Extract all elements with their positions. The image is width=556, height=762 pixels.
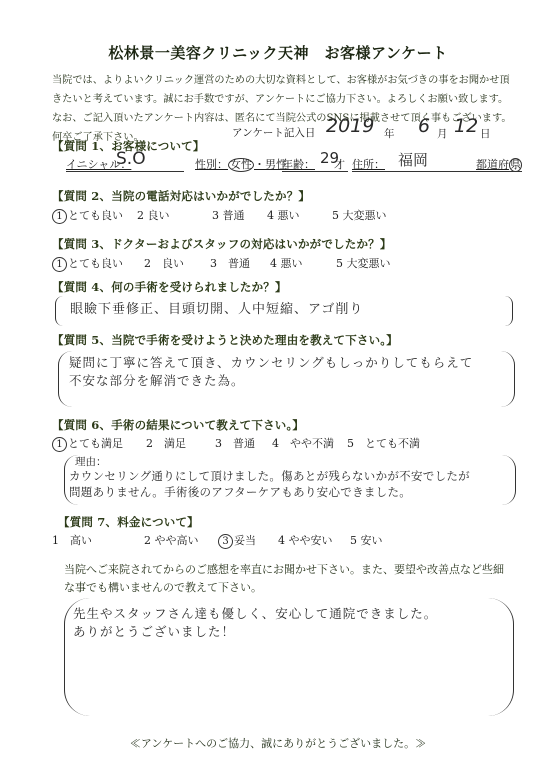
q3-options: 1とても良い 2 良い 3 普通 4 悪い 5 大変悪い [52, 255, 522, 273]
age-unit: 才 [334, 156, 345, 172]
q7-heading: 【質問 7、料金について】 [58, 514, 199, 530]
date-month-unit: 月 [437, 126, 448, 141]
date-month-value[interactable]: 6 [418, 115, 430, 137]
comments-line-2: ありがとうございました！ [73, 622, 235, 641]
gender-label: 性別： [195, 158, 228, 171]
q3-option-3[interactable]: 3 普通 [210, 255, 250, 271]
q5-heading: 【質問 5、当院で手術を受けようと決めた理由を教えて下さい。】 [52, 332, 398, 348]
q6-reason-line-2: 問題ありません。手術後のアフターケアもあり安心できました。 [69, 483, 411, 502]
q7-option-2[interactable]: 2 やや高い [144, 532, 199, 548]
q3-option-1-label: とても良い [68, 257, 123, 270]
q7-option-5[interactable]: 5 安い [350, 532, 383, 548]
q6-option-5[interactable]: 5 とても不満 [347, 435, 420, 451]
age-label: 年齢： [282, 156, 315, 172]
date-year-value[interactable]: 2019 [326, 115, 374, 137]
q7-options: 1 高い 2 やや高い 3妥当 4 やや安い 5 安い [52, 532, 522, 550]
q6-option-1[interactable]: 1とても満足 [52, 435, 123, 452]
q2-heading: 【質問 2、当院の電話対応はいかがでしたか？】 [52, 188, 310, 204]
initial-field[interactable]: イニシャル： S.O [66, 151, 184, 172]
q6-option-2[interactable]: 2 満足 [146, 435, 186, 451]
selected-circle: 1 [52, 257, 67, 272]
q2-option-2[interactable]: 2 良い [137, 207, 170, 223]
q6-option-4[interactable]: 4 やや不満 [272, 435, 334, 451]
comments-prompt: 当院へご来院されてからのご感想を率直にお聞かせ下さい。また、要望や改善点など些細… [64, 561, 512, 597]
q2-option-4[interactable]: 4 悪い [267, 207, 300, 223]
q6-option-1-label: とても満足 [68, 437, 123, 450]
q2-option-1-label: とても良い [68, 209, 123, 222]
q4-heading: 【質問 4、何の手術を受けられましたか？】 [52, 279, 287, 295]
q5-answer-line-2: 不安な部分を解消できた為。 [69, 371, 245, 390]
date-year-unit: 年 [384, 126, 395, 141]
q3-option-5[interactable]: 5 大変悪い [336, 255, 391, 271]
q3-option-4[interactable]: 4 悪い [270, 255, 303, 271]
prefecture-suffix: 都道府県 [476, 156, 522, 172]
prefecture-selected[interactable]: 県 [509, 158, 522, 172]
q4-answer: 眼瞼下垂修正、目頭切開、人中短縮、アゴ削り [70, 300, 363, 319]
q5-answer-line-1: 疑問に丁寧に答えて頂き、カウンセリングもしっかりしてもらえて [69, 353, 473, 372]
selected-circle: 3 [218, 534, 233, 549]
initial-value: S.O [116, 149, 146, 169]
gender-separator: ・ [254, 158, 265, 171]
q6-options: 1とても満足 2 満足 3 普通 4 やや不満 5 とても不満 [52, 435, 522, 453]
date-day-value[interactable]: 12 [454, 115, 478, 137]
q7-option-4[interactable]: 4 やや安い [278, 532, 333, 548]
q3-option-2[interactable]: 2 良い [144, 255, 184, 271]
address-value: 福岡 [398, 149, 428, 170]
selected-circle: 1 [52, 437, 67, 452]
q1-customer-info: イニシャル： S.O 性別：女性・男性 年齢： 29 才 住所： 福岡 都道府県 [52, 151, 522, 175]
comments-box[interactable]: 先生やスタッフさん達も優しく、安心して通院できました。 ありがとうございました！ [64, 598, 514, 716]
address-label: 住所： [352, 156, 385, 172]
q2-option-5[interactable]: 5 大変悪い [332, 207, 387, 223]
q6-heading: 【質問 6、手術の結果について教えて下さい。】 [52, 417, 304, 433]
q4-answer-box[interactable]: 眼瞼下垂修正、目頭切開、人中短縮、アゴ削り [55, 296, 513, 326]
selected-circle: 1 [52, 209, 67, 224]
q3-option-1[interactable]: 1とても良い [52, 255, 123, 272]
date-label: アンケート記入日 [232, 125, 315, 140]
q7-option-3[interactable]: 3妥当 [218, 532, 256, 549]
q2-option-3[interactable]: 3 普通 [212, 207, 245, 223]
q6-option-3[interactable]: 3 普通 [215, 435, 255, 451]
q7-option-3-label: 妥当 [234, 534, 256, 547]
q2-option-1[interactable]: 1とても良い [52, 207, 123, 224]
gender-field: 性別：女性・男性 [195, 156, 287, 172]
gender-option-female[interactable]: 女性 [228, 158, 254, 172]
date-day-unit: 日 [480, 126, 491, 141]
q3-heading: 【質問 3、ドクターおよびスタッフの対応はいかがでしたか？】 [52, 236, 392, 252]
survey-title: 松林景一美容クリニック天神 お客様アンケート [0, 42, 556, 63]
prefecture-suffix-options: 都道府 [476, 158, 509, 171]
q6-reason-box[interactable]: 理由： カウンセリング通りにして頂けました。傷あとが残らないかが不安でしたが 問… [64, 455, 516, 505]
footer-thanks: ≪アンケートへのご協力、誠にありがとうございました。≫ [0, 735, 556, 751]
q7-option-1[interactable]: 1 高い [52, 532, 92, 548]
q5-answer-box[interactable]: 疑問に丁寧に答えて頂き、カウンセリングもしっかりしてもらえて 不安な部分を解消で… [58, 351, 515, 407]
address-field[interactable]: 住所： 福岡 都道府県 [352, 151, 522, 172]
comments-line-1: 先生やスタッフさん達も優しく、安心して通院できました。 [73, 604, 437, 623]
q2-options: 1とても良い 2 良い 3 普通 4 悪い 5 大変悪い [52, 207, 522, 225]
